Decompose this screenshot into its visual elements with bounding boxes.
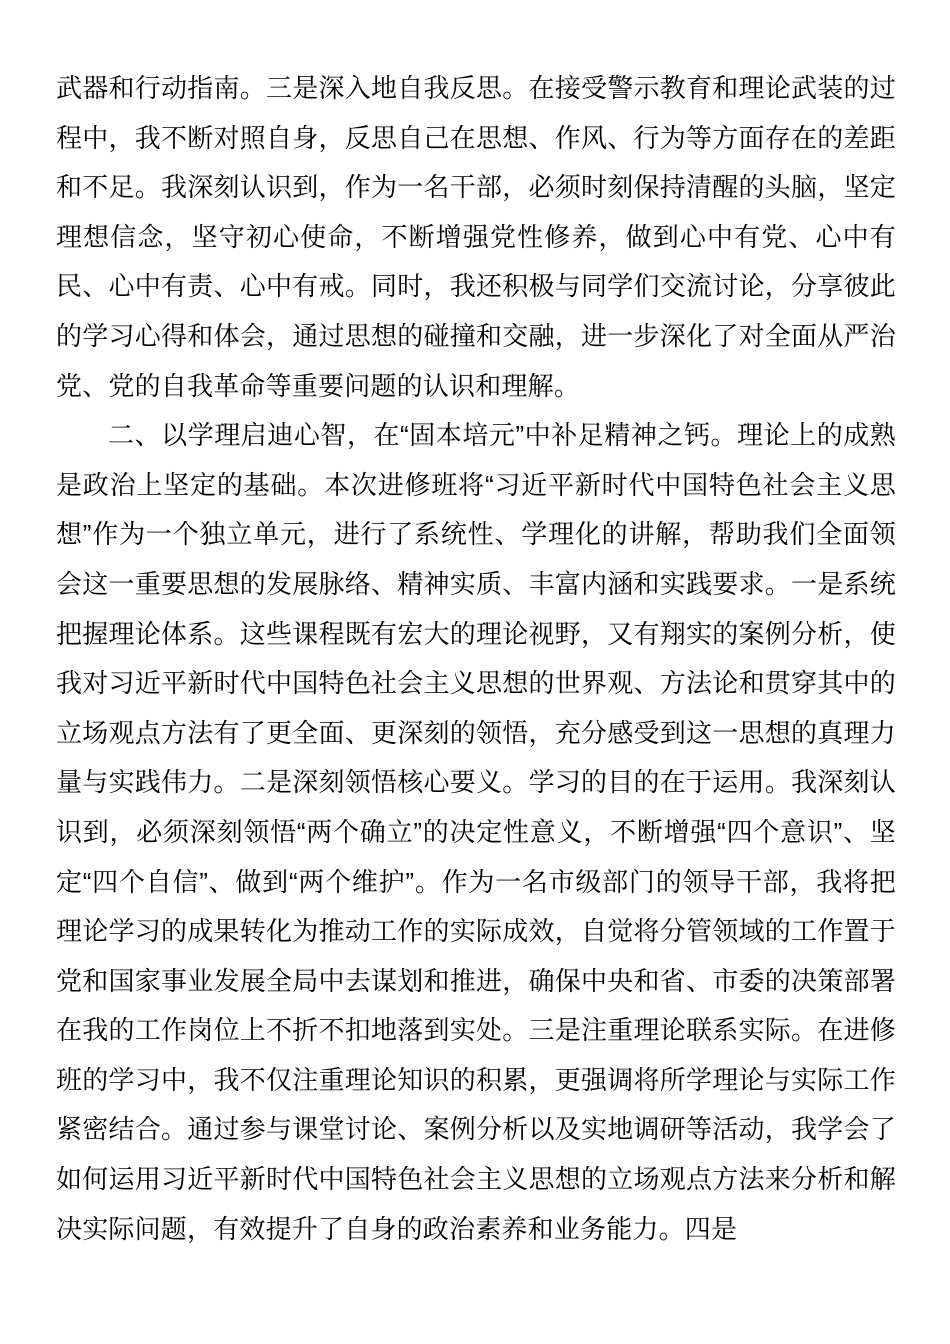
paragraph-continuation: 武器和行动指南。三是深入地自我反思。在接受警示教育和理论武装的过程中，我不断对照…	[56, 64, 896, 411]
document-text-block: 武器和行动指南。三是深入地自我反思。在接受警示教育和理论武装的过程中，我不断对照…	[56, 64, 896, 1254]
paragraph-section-two: 二、以学理启迪心智，在“固本培元”中补足精神之钙。理论上的成熟是政治上坚定的基础…	[56, 411, 896, 1254]
document-page: 武器和行动指南。三是深入地自我反思。在接受警示教育和理论武装的过程中，我不断对照…	[0, 0, 950, 1344]
